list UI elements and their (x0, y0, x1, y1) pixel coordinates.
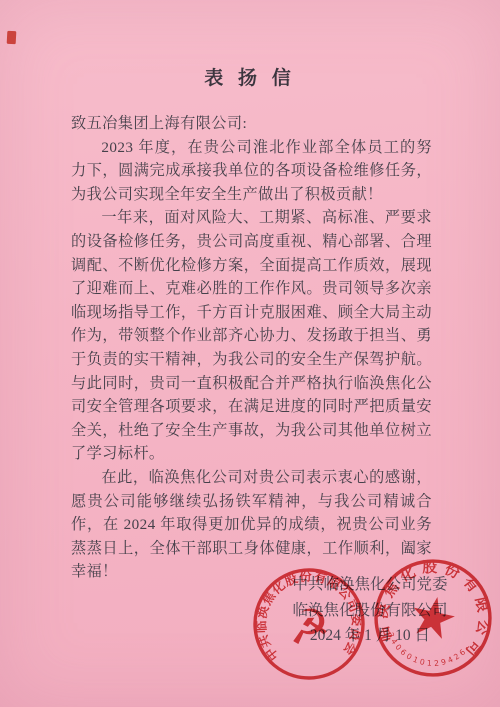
letter-body: 致五冶集团上海有限公司: 2023 年度，在贵公司淮北作业部全体员工的努力下，圆… (71, 112, 432, 584)
letter-paper: 表 扬 信 致五冶集团上海有限公司: 2023 年度，在贵公司淮北作业部全体员工… (0, 0, 500, 707)
company-seal: 临涣焦化股份有限公司 ★ 3406010129426 (361, 546, 500, 691)
hammer-and-sickle-icon: ☭ (286, 598, 333, 656)
letter-title: 表 扬 信 (0, 63, 500, 90)
party-committee-seal: 中共临涣焦化股份有限公司委员会 ☭ (246, 561, 372, 687)
paragraph-2: 一年来，面对风险大、工期紧、高标准、严要求的设备检修任务，贵公司高度重视、精心部… (71, 206, 432, 466)
corner-mark (7, 31, 17, 44)
paragraph-1: 2023 年度，在贵公司淮北作业部全体员工的努力下，圆满完成承接我单位的各项设备… (71, 136, 432, 207)
star-icon: ★ (402, 581, 463, 654)
salutation: 致五冶集团上海有限公司: (71, 112, 432, 136)
paragraph-3: 在此，临涣焦化公司对贵公司表示衷心的感谢，愿贵公司能够继续弘扬铁军精神，与我公司… (71, 466, 432, 584)
